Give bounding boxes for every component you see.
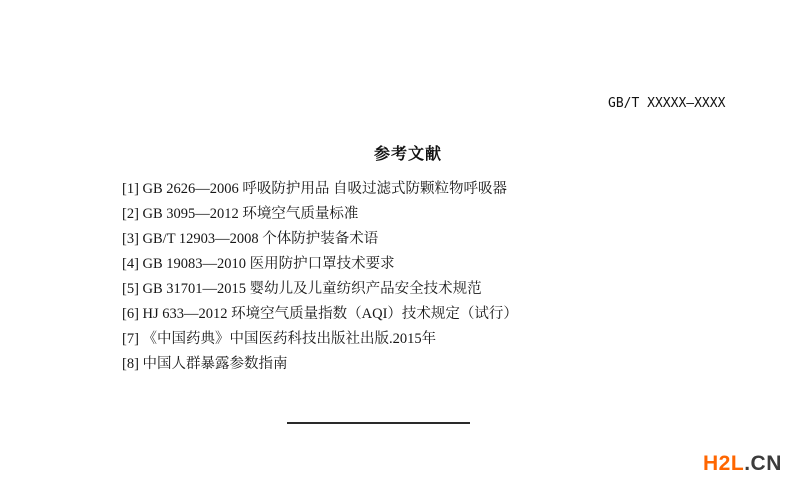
watermark-secondary-text: .CN	[744, 452, 782, 475]
reference-list: [1] GB 2626—2006 呼吸防护用品 自吸过滤式防颗粒物呼吸器 [2]…	[122, 177, 682, 377]
document-page: GB/T XXXXX—XXXX 参考文献 [1] GB 2626—2006 呼吸…	[0, 0, 793, 492]
reference-item: [3] GB/T 12903—2008 个体防护装备术语	[122, 227, 682, 252]
reference-item: [5] GB 31701—2015 婴幼儿及儿童纺织产品安全技术规范	[122, 277, 682, 302]
reference-item: [1] GB 2626—2006 呼吸防护用品 自吸过滤式防颗粒物呼吸器	[122, 177, 682, 202]
reference-item: [8] 中国人群暴露参数指南	[122, 352, 682, 377]
reference-item: [6] HJ 633—2012 环境空气质量指数（AQI）技术规定（试行）	[122, 302, 682, 327]
end-of-document-rule	[287, 422, 470, 424]
reference-item: [7] 《中国药典》中国医药科技出版社出版.2015年	[122, 327, 682, 352]
reference-item: [2] GB 3095—2012 环境空气质量标准	[122, 202, 682, 227]
reference-item: [4] GB 19083—2010 医用防护口罩技术要求	[122, 252, 682, 277]
page-title: 参考文献	[0, 141, 793, 164]
watermark-primary-text: H2L	[703, 452, 744, 475]
standard-number-header: GB/T XXXXX—XXXX	[608, 96, 728, 111]
site-watermark: H2L.CN	[703, 452, 782, 476]
